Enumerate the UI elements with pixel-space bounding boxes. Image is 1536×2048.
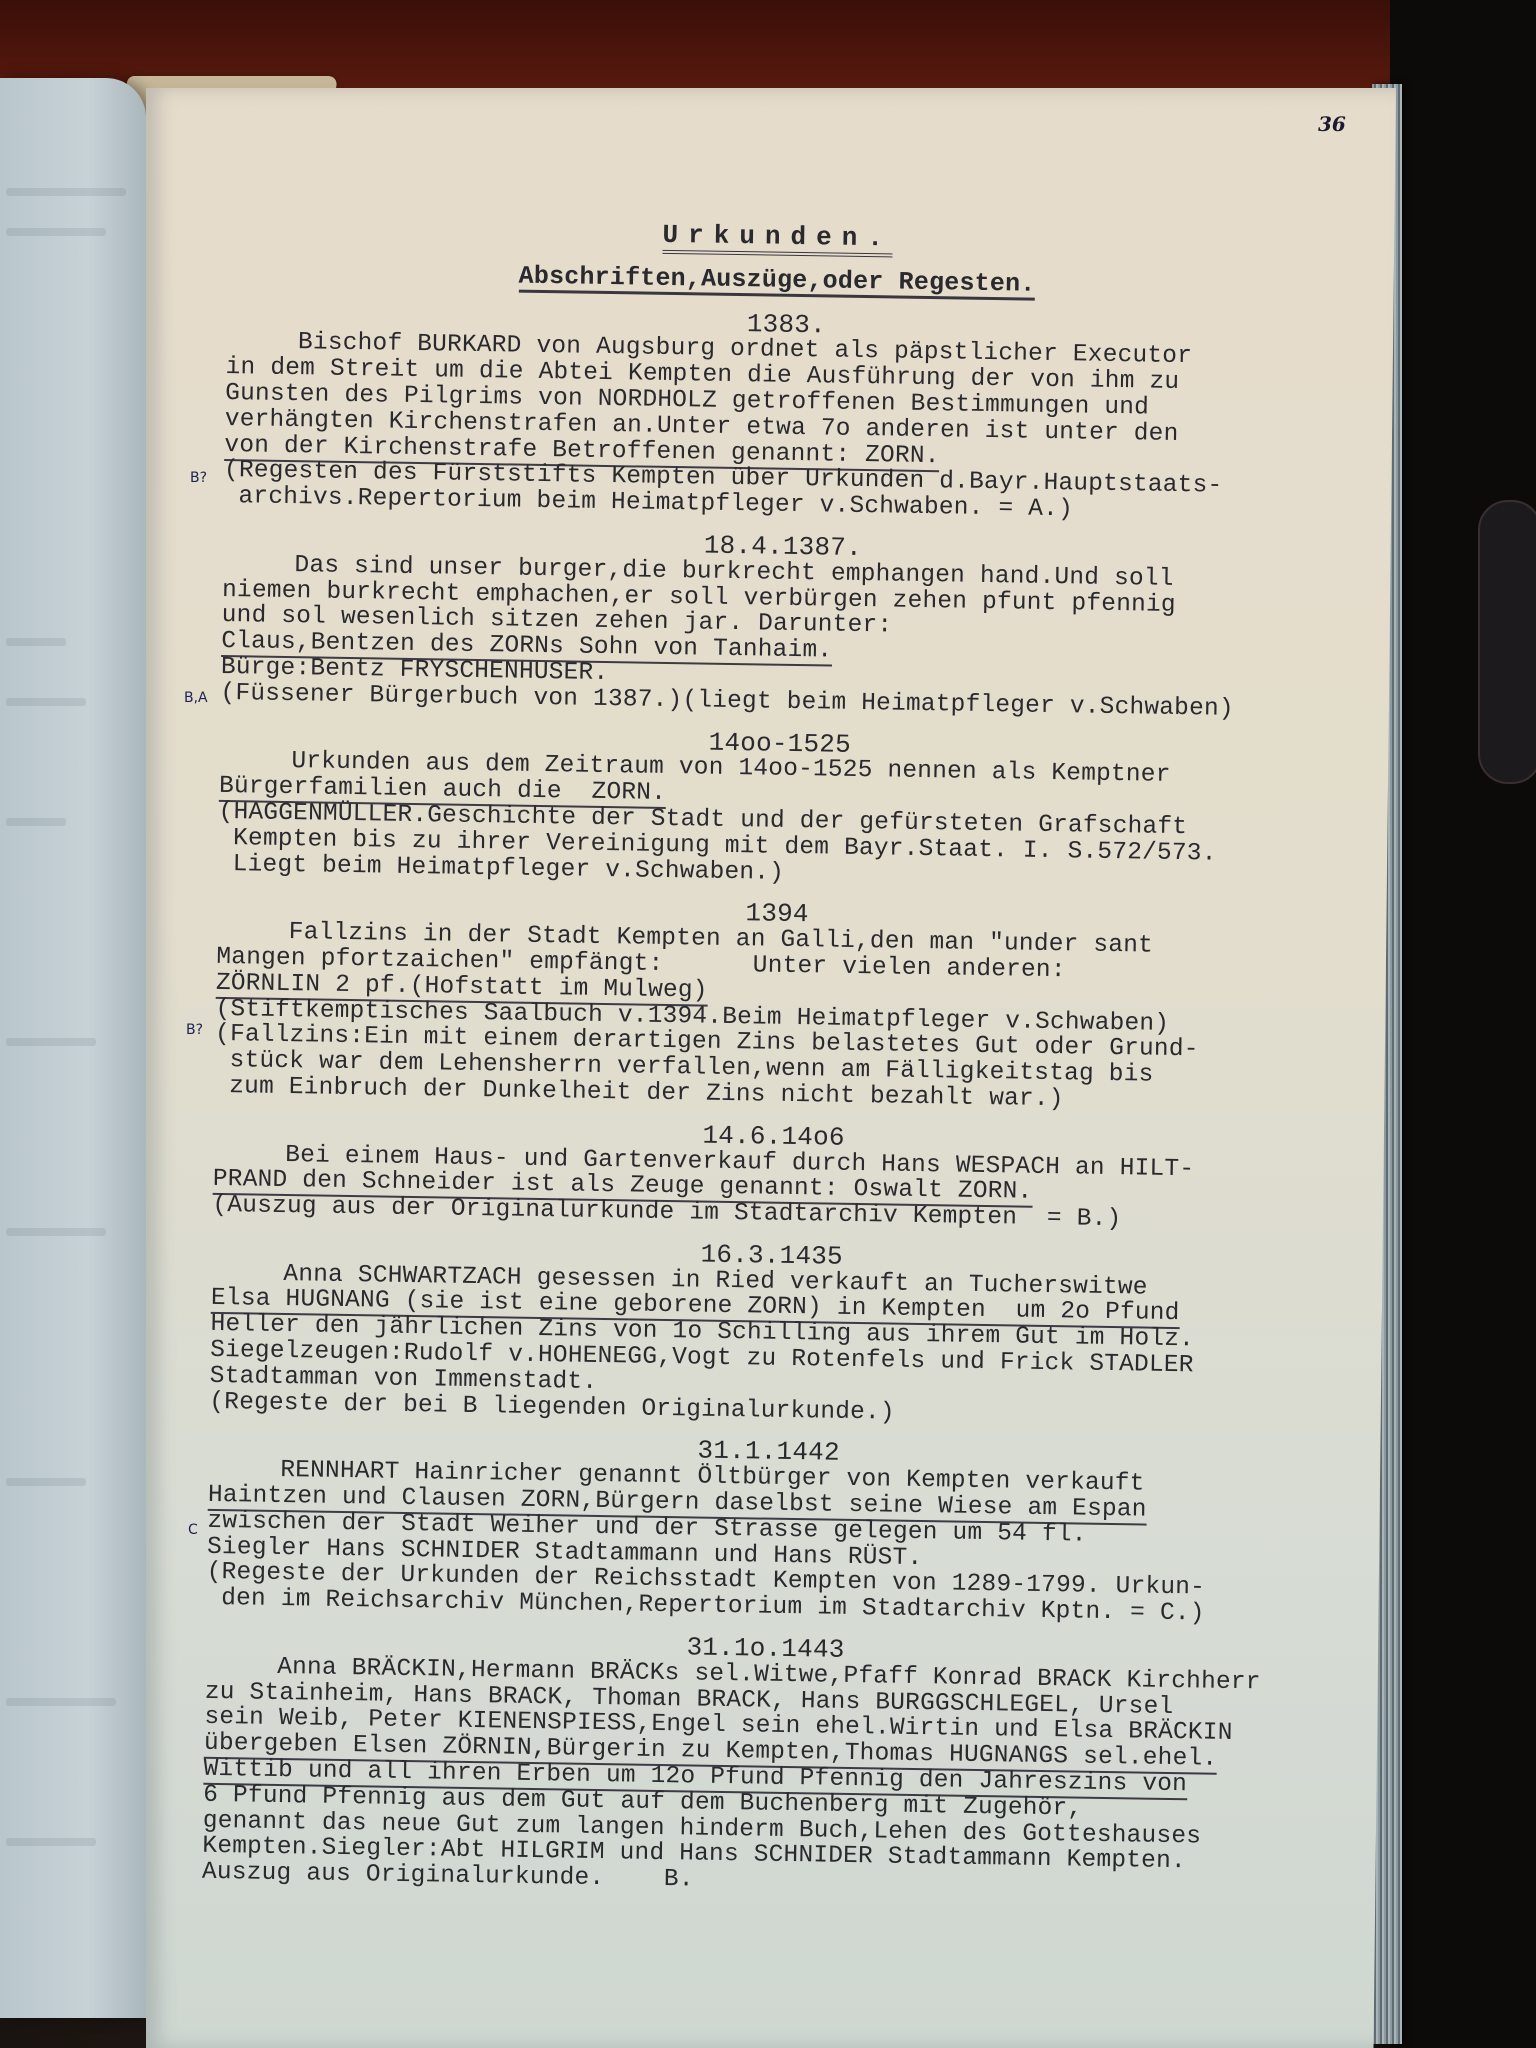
margin-note: C — [188, 1522, 198, 1538]
margin-note: B? — [190, 470, 207, 486]
document-title: Urkunden. — [662, 223, 893, 257]
document-entry: 31.1o.1443Anna BRÄCKIN,Hermann BRÄCKs se… — [202, 1628, 1346, 1904]
document-entry: 1394Fallzins in der Stadt Kempten an Gal… — [214, 893, 1357, 1117]
document-text: Urkunden. Abschriften,Auszüge,oder Reges… — [202, 216, 1368, 1904]
document-entry: 14oo-1525Urkunden aus dem Zeitraum von 1… — [218, 722, 1360, 895]
margin-note: B,A — [184, 690, 208, 706]
document-entry: 14.6.14o6Bei einem Haus- und Gartenverka… — [212, 1116, 1353, 1237]
document-subtitle: Abschriften,Auszüge,oder Regesten. — [518, 263, 1035, 300]
dark-background — [1390, 0, 1536, 2048]
document-entry: 1383.Bischof BURKARD von Augsburg ordnet… — [223, 304, 1366, 528]
left-page — [0, 78, 146, 2018]
clip-object — [1478, 500, 1536, 784]
document-entry: 18.4.1387.Das sind unser burger,die burk… — [220, 526, 1363, 724]
page-number: 36 — [1318, 112, 1346, 136]
margin-note: B? — [186, 1022, 203, 1038]
document-entry: 16.3.1435Anna SCHWARTZACH gesessen in Ri… — [209, 1235, 1352, 1433]
document-entry: 31.1.1442RENNHART Hainricher genannt Ölt… — [206, 1431, 1349, 1629]
